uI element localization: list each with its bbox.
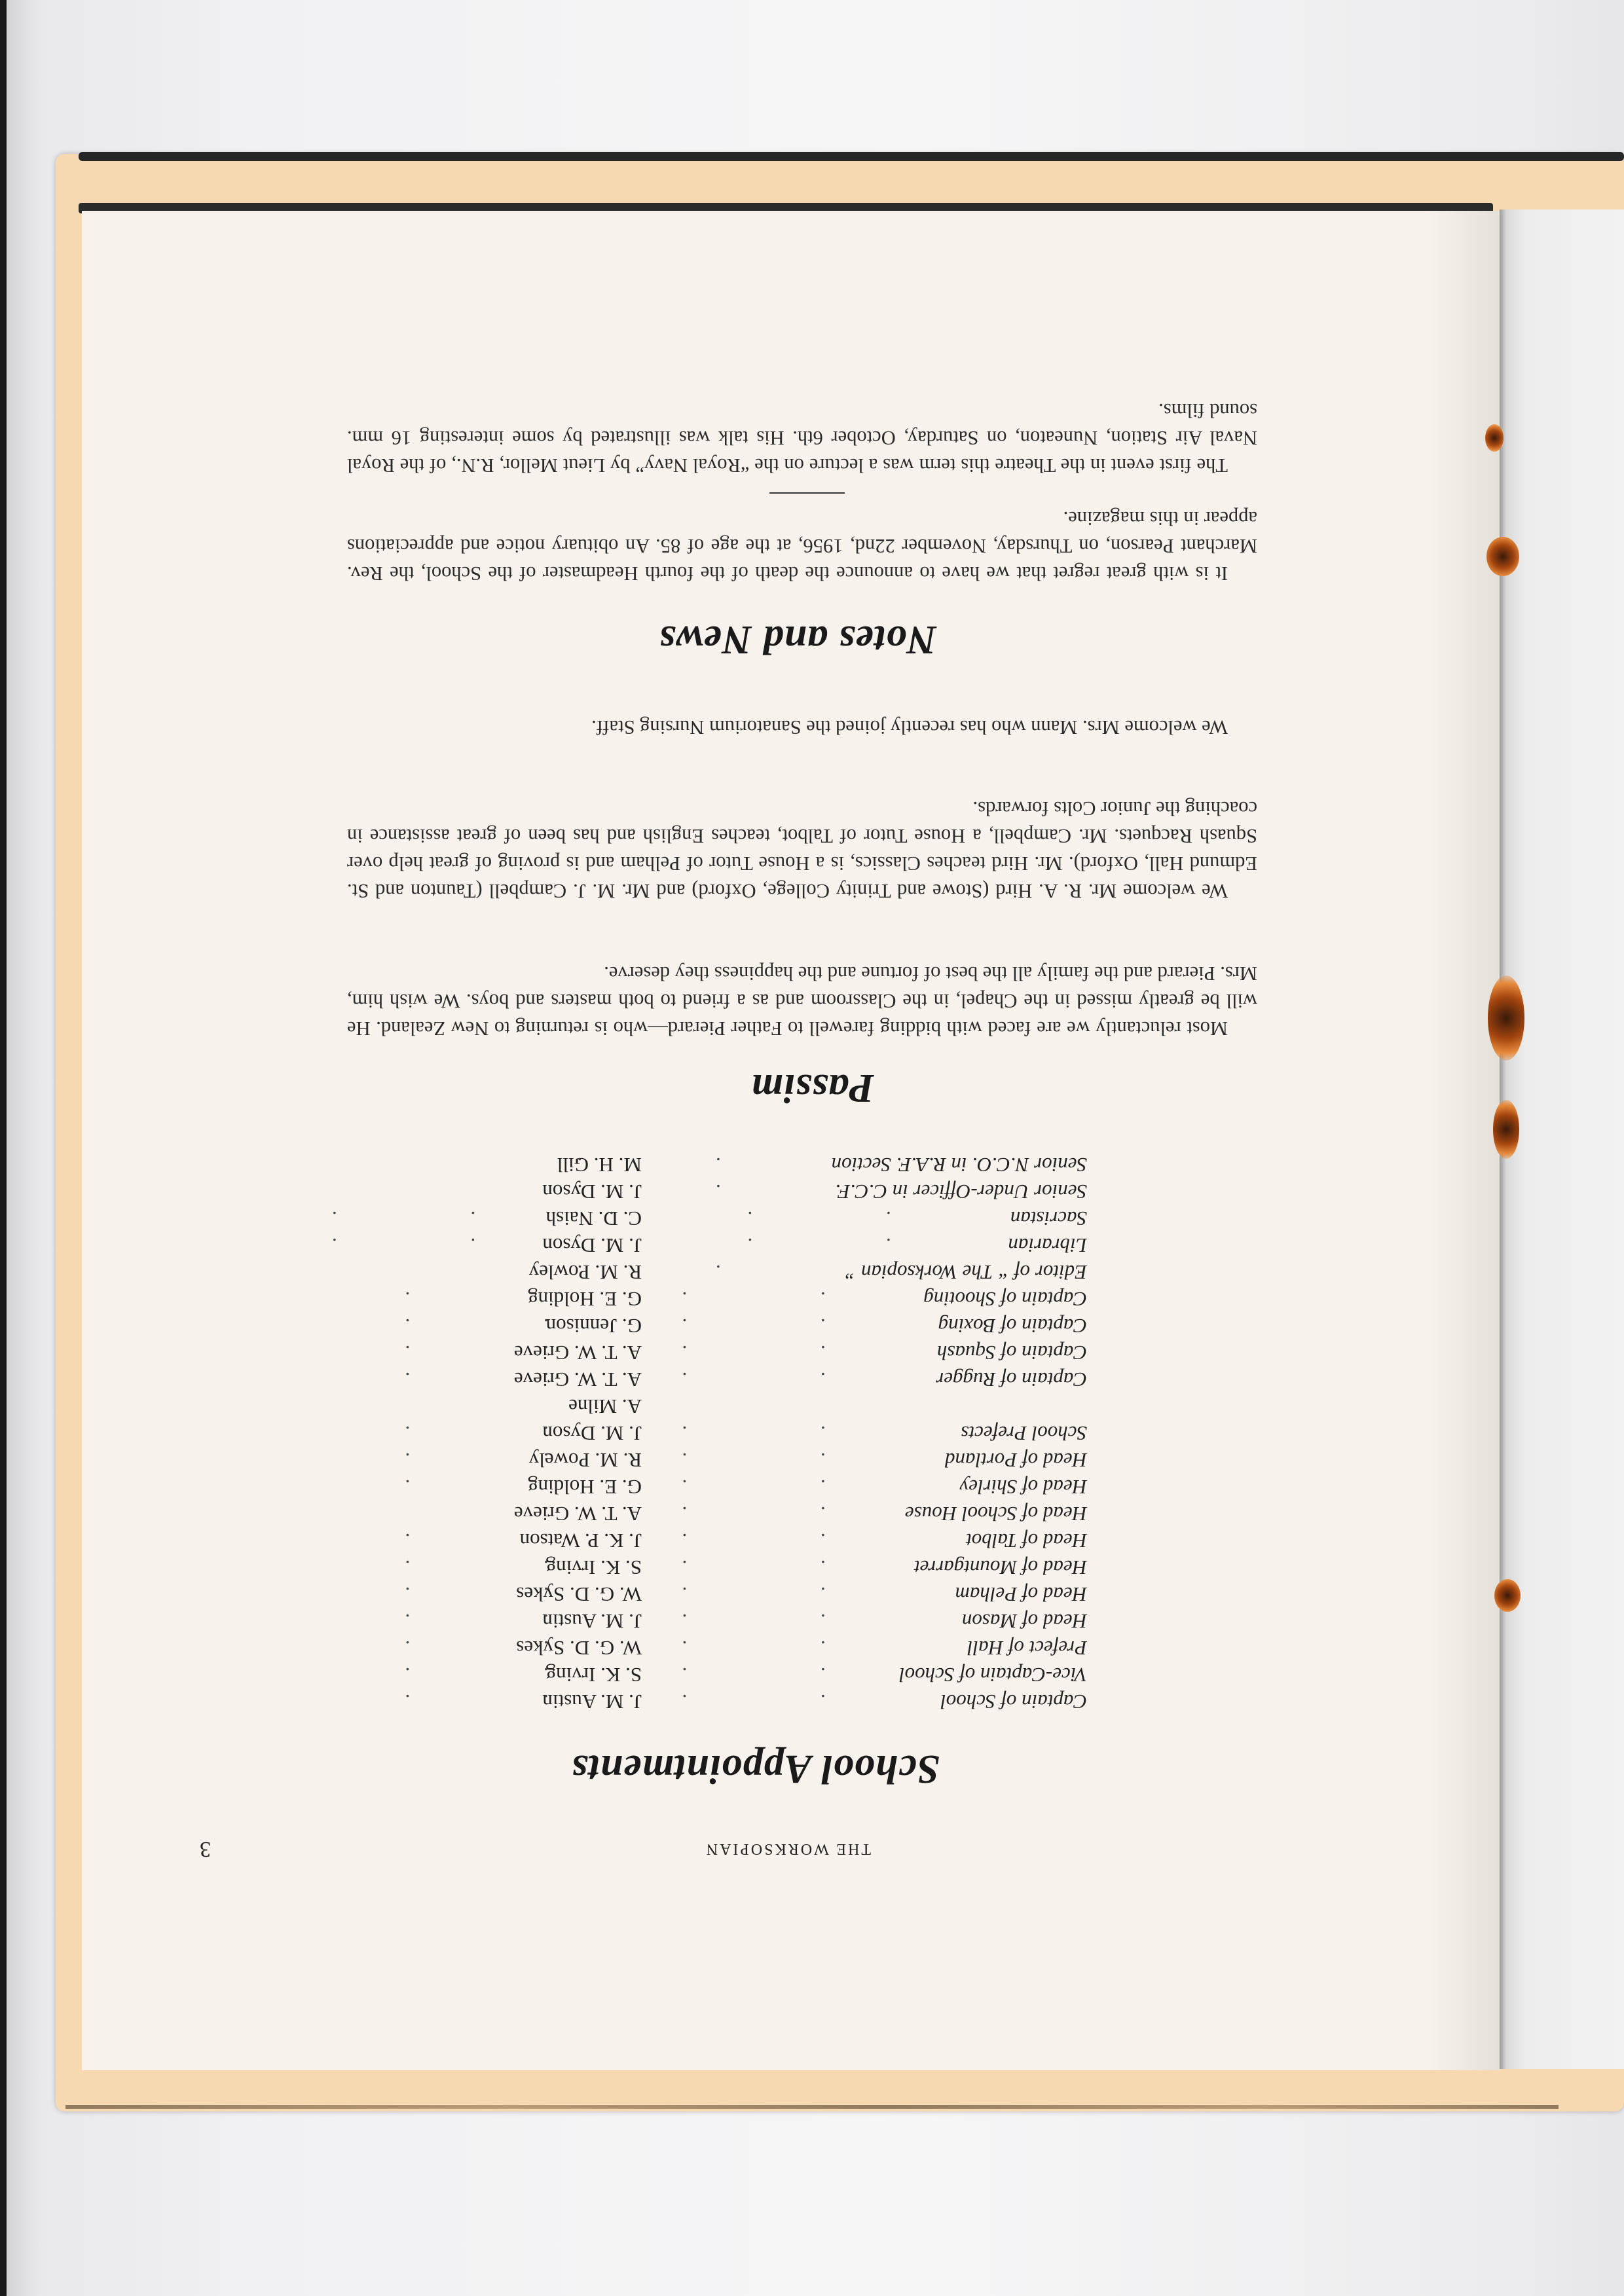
appointment-row: A. Milne	[393, 1391, 1087, 1418]
leader-dots: . . . . .	[267, 1207, 891, 1230]
leader-dots: . . .	[479, 1502, 825, 1525]
appointment-role: School Prefects	[961, 1422, 1087, 1445]
staple-rust-stain	[1486, 537, 1519, 576]
appointment-row: School Prefects. . . .J. M. Dyson	[393, 1418, 1087, 1445]
appointment-holder: A. Milne	[393, 1394, 642, 1418]
passim-paragraph: We welcome Mrs. Mann who has recently jo…	[347, 714, 1257, 741]
scanner-edge	[0, 0, 7, 2296]
leader-dots: . . . .	[341, 1341, 825, 1364]
staple-rust-stain	[1488, 975, 1524, 1061]
appointment-role: Head of School House	[905, 1503, 1087, 1525]
appointment-role: Prefect of Hall	[967, 1637, 1087, 1660]
section-divider	[769, 492, 845, 494]
passim-paragraph: Most reluctantly we are faced with biddi…	[347, 960, 1257, 1042]
staple-rust-stain	[1493, 1100, 1519, 1159]
appointment-row: Head of Portland. . . .R. M. Powely	[393, 1445, 1087, 1472]
leader-dots: . . . .	[341, 1529, 825, 1552]
notes-paragraph: It is with great regret that we have to …	[347, 505, 1257, 587]
appointment-role: Editor of “ The Worksopian ”	[845, 1261, 1087, 1284]
magazine-page: THE WORKSOPIAN 3 School Appointments Cap…	[82, 211, 1500, 2070]
appointment-role: Captain of School	[940, 1690, 1087, 1713]
passim-title: Passim	[750, 1065, 874, 1111]
staple-rust-stain	[1485, 424, 1504, 452]
appointment-row: Senior Under-Officer in C.C.F.. .J. M. D…	[393, 1176, 1087, 1203]
leader-dots: . . . .	[341, 1421, 825, 1445]
appointment-role: Captain of Boxing	[938, 1315, 1087, 1338]
appointment-row: Vice-Captain of School. . . .S. K. Irvin…	[393, 1660, 1087, 1686]
appointment-row: Head of Mason. . . .J. M. Austin	[393, 1606, 1087, 1633]
cover-edge-shadow	[79, 152, 1624, 161]
appointment-row: Head of Mountgarret. . . .S. K. Irving	[393, 1552, 1087, 1579]
leader-dots: . .	[513, 1180, 720, 1203]
leader-dots: . . . .	[341, 1448, 825, 1472]
leader-dots: . . . .	[341, 1556, 825, 1579]
appointment-role: Sacristan	[1010, 1207, 1087, 1230]
appointment-row: Head of Talbot. . . .J. K. P. Watson	[393, 1525, 1087, 1552]
leader-dots: . .	[513, 1153, 720, 1176]
appointment-role: Senior N.C.O. in R.A.F. Section	[832, 1154, 1087, 1176]
appointment-row: Captain of Rugger. . . .A. T. W. Grieve	[393, 1364, 1087, 1391]
appointment-role: Senior Under-Officer in C.C.F.	[835, 1180, 1087, 1203]
leader-dots: . . . .	[341, 1475, 825, 1499]
appointment-row: Captain of Squash. . . .A. T. W. Grieve	[393, 1338, 1087, 1364]
notes-paragraph: The first event in the Theatre this term…	[347, 397, 1257, 479]
appointment-row: Captain of School. . . .J. M. Austin	[393, 1686, 1087, 1713]
appointment-role: Vice-Captain of School	[899, 1664, 1087, 1686]
leader-dots: . . . .	[341, 1636, 825, 1660]
leader-dots: . . . .	[341, 1368, 825, 1391]
passim-paragraph: We welcome Mr. R. A. Hird (Stowe and Tri…	[347, 795, 1257, 905]
appointment-role: Head of Shirley	[959, 1476, 1087, 1499]
leader-dots: . . . .	[341, 1609, 825, 1633]
appointment-role: Head of Portland	[945, 1449, 1087, 1472]
appointment-role: Captain of Shooting	[923, 1288, 1087, 1311]
school-appointments-title: School Appointments	[571, 1745, 940, 1792]
appointment-row: Captain of Boxing. . . .G. Jennison	[393, 1311, 1087, 1338]
appointments-list: Captain of School. . . .J. M. Austin Vic…	[393, 1150, 1087, 1713]
appointment-role: Head of Mason	[962, 1610, 1087, 1633]
appointment-row: Head of Shirley. . . .G. E. Holding	[393, 1472, 1087, 1499]
appointment-row: Head of Pelham. . . .W. G. D. Sykes	[393, 1579, 1087, 1606]
appointment-row: Head of School House. . .A. T. W. Grieve	[393, 1499, 1087, 1525]
notes-and-news-title: Notes and News	[659, 616, 936, 663]
appointment-role: Head of Talbot	[966, 1529, 1087, 1552]
appointment-role: Librarian	[1008, 1234, 1087, 1257]
leader-dots: . . . . .	[267, 1233, 891, 1257]
leader-dots: . . . .	[341, 1314, 825, 1338]
appointment-role: Captain of Rugger	[936, 1368, 1087, 1391]
appointment-row: Senior N.C.O. in R.A.F. Section. .M. H. …	[393, 1150, 1087, 1176]
leader-dots: . . . .	[341, 1287, 825, 1311]
cover-torn-edge	[65, 2105, 1559, 2109]
leader-dots: . . . .	[341, 1582, 825, 1606]
appointment-row: Sacristan. . . . .C. D. Naish	[393, 1203, 1087, 1230]
staple-rust-stain	[1494, 1579, 1521, 1612]
appointment-role: Captain of Squash	[937, 1341, 1087, 1364]
running-head: THE WORKSOPIAN 3	[82, 1825, 1500, 1857]
running-title: THE WORKSOPIAN	[705, 1840, 871, 1857]
page-number: 3	[200, 1836, 211, 1861]
appointment-row: Captain of Shooting. . . .G. E. Holding	[393, 1284, 1087, 1311]
leader-dots: . .	[513, 1260, 720, 1284]
leader-dots: . . . .	[341, 1663, 825, 1686]
appointment-row: Editor of “ The Worksopian ”. .R. M. Pow…	[393, 1257, 1087, 1284]
appointment-row: Prefect of Hall. . . .W. G. D. Sykes	[393, 1633, 1087, 1660]
leader-dots: . . . .	[341, 1690, 825, 1713]
appointment-row: Librarian. . . . .J. M. Dyson	[393, 1230, 1087, 1257]
appointment-role: Head of Mountgarret	[914, 1556, 1087, 1579]
appointment-role: Head of Pelham	[955, 1583, 1087, 1606]
